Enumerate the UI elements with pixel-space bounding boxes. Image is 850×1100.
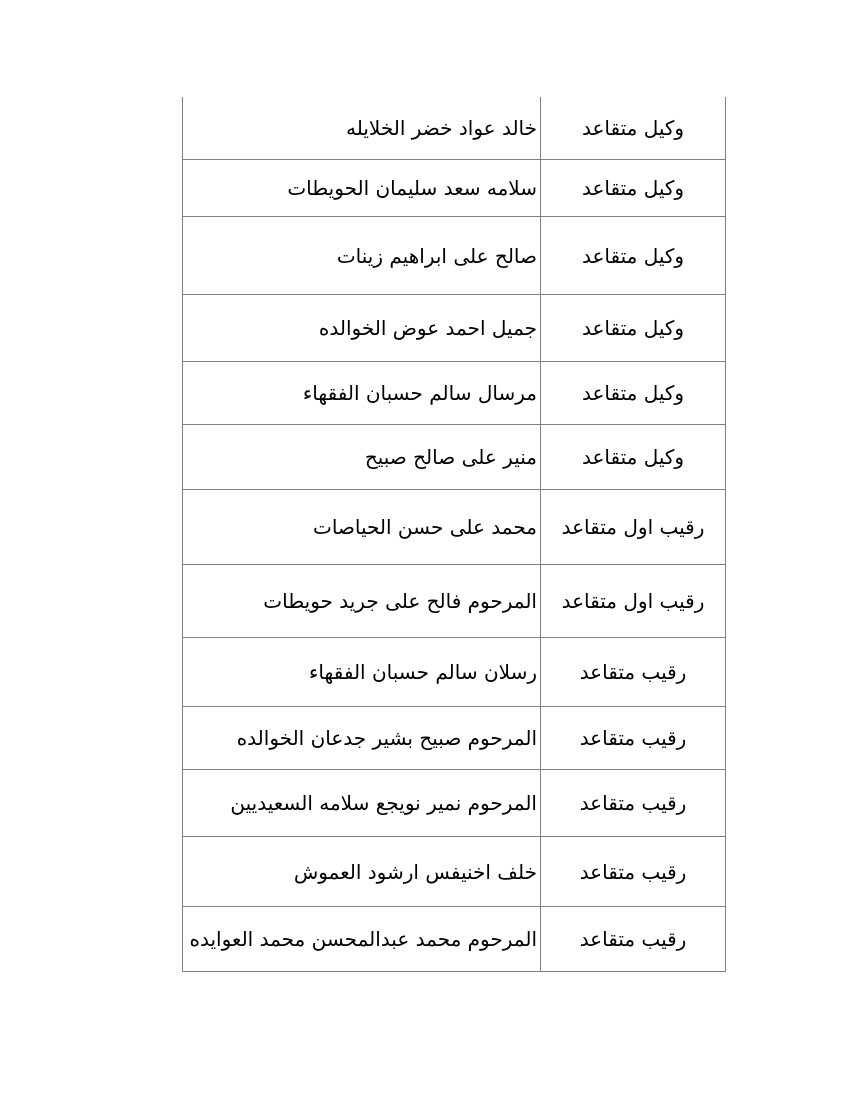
retirees-table: خالد عواد خضر الخلايلهوكيل متقاعدسلامه س…: [182, 97, 726, 972]
name-cell: منير على صالح صبيح: [183, 425, 541, 489]
name-cell: مرسال سالم حسبان الفقهاء: [183, 362, 541, 424]
name-cell: سلامه سعد سليمان الحويطات: [183, 160, 541, 216]
table-row: المرحوم محمد عبدالمحسن محمد العوايدهرقيب…: [183, 907, 725, 972]
name-cell: محمد على حسن الحياصات: [183, 490, 541, 564]
rank-cell: وكيل متقاعد: [541, 97, 725, 159]
name-cell: خالد عواد خضر الخلايله: [183, 97, 541, 159]
rank-cell: وكيل متقاعد: [541, 160, 725, 216]
rank-cell: رقيب متقاعد: [541, 907, 725, 971]
table-row: رسلان سالم حسبان الفقهاءرقيب متقاعد: [183, 638, 725, 707]
document-page: خالد عواد خضر الخلايلهوكيل متقاعدسلامه س…: [0, 0, 850, 1100]
table-row: خلف اخنيفس ارشود العموشرقيب متقاعد: [183, 837, 725, 907]
rank-cell: رقيب اول متقاعد: [541, 490, 725, 564]
rank-cell: رقيب متقاعد: [541, 638, 725, 706]
table-row: سلامه سعد سليمان الحويطاتوكيل متقاعد: [183, 160, 725, 217]
table-row: المرحوم صبيح بشير جدعان الخوالدهرقيب متق…: [183, 707, 725, 770]
rank-cell: رقيب متقاعد: [541, 837, 725, 906]
rank-cell: وكيل متقاعد: [541, 362, 725, 424]
name-cell: المرحوم صبيح بشير جدعان الخوالده: [183, 707, 541, 769]
name-cell: رسلان سالم حسبان الفقهاء: [183, 638, 541, 706]
table-row: صالح على ابراهيم زيناتوكيل متقاعد: [183, 217, 725, 295]
table-row: المرحوم نمير نويجع سلامه السعيديينرقيب م…: [183, 770, 725, 837]
name-cell: جميل احمد عوض الخوالده: [183, 295, 541, 361]
table-row: مرسال سالم حسبان الفقهاءوكيل متقاعد: [183, 362, 725, 425]
name-cell: خلف اخنيفس ارشود العموش: [183, 837, 541, 906]
table-row: خالد عواد خضر الخلايلهوكيل متقاعد: [183, 97, 725, 160]
name-cell: المرحوم فالح على جريد حويطات: [183, 565, 541, 637]
name-cell: المرحوم محمد عبدالمحسن محمد العوايده: [183, 907, 541, 971]
table-row: محمد على حسن الحياصاترقيب اول متقاعد: [183, 490, 725, 565]
rank-cell: وكيل متقاعد: [541, 217, 725, 294]
name-cell: صالح على ابراهيم زينات: [183, 217, 541, 294]
rank-cell: رقيب متقاعد: [541, 707, 725, 769]
rank-cell: رقيب متقاعد: [541, 770, 725, 836]
rank-cell: رقيب اول متقاعد: [541, 565, 725, 637]
name-cell: المرحوم نمير نويجع سلامه السعيديين: [183, 770, 541, 836]
table-row: المرحوم فالح على جريد حويطاترقيب اول متق…: [183, 565, 725, 638]
rank-cell: وكيل متقاعد: [541, 425, 725, 489]
table-row: جميل احمد عوض الخوالدهوكيل متقاعد: [183, 295, 725, 362]
rank-cell: وكيل متقاعد: [541, 295, 725, 361]
table-row: منير على صالح صبيحوكيل متقاعد: [183, 425, 725, 490]
